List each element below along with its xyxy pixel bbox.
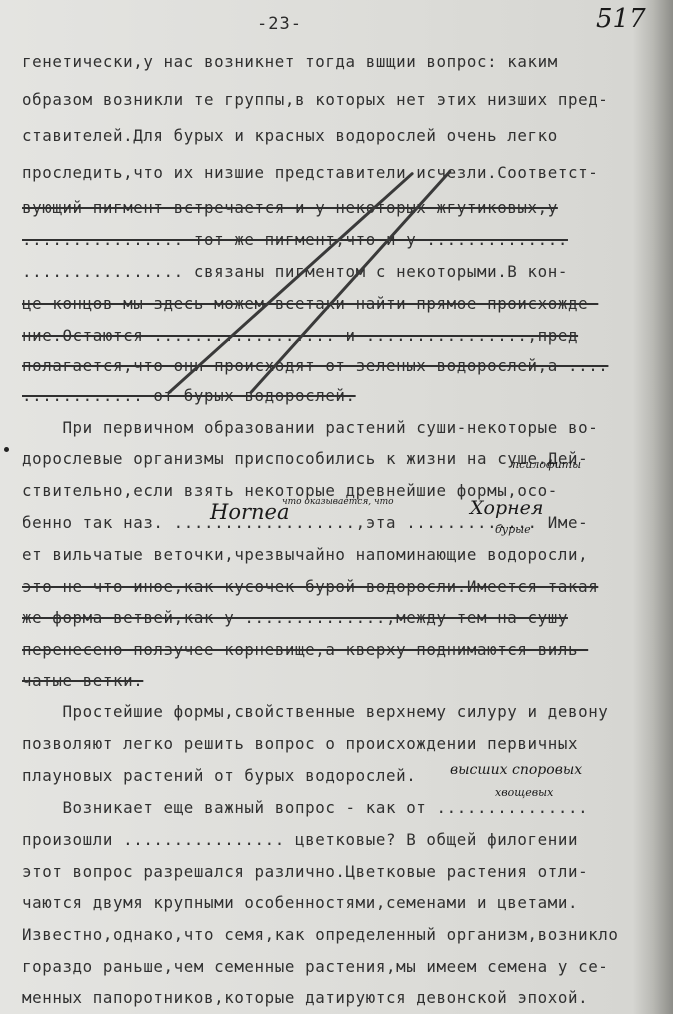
text-line: Возникает еще важный вопрос - как от ...… bbox=[22, 798, 588, 817]
text-line: генетически,у нас возникнет тогда вшщии … bbox=[22, 52, 558, 71]
text-line: дорослевые организмы приспособились к жи… bbox=[22, 449, 588, 468]
text-line: этот вопрос разрешался различно.Цветковы… bbox=[22, 862, 588, 881]
text-line: ет вильчатые веточки,чрезвычайно напомин… bbox=[22, 545, 588, 564]
text-line: це концов мы здесь можем всетаки найти п… bbox=[22, 294, 598, 313]
handwritten-note: псилофиты bbox=[512, 458, 581, 471]
text-line: гораздо раньше,чем семенные растения,мы … bbox=[22, 957, 608, 976]
handwritten-note: Hornea bbox=[210, 500, 289, 524]
text-line: менных папоротников,которые датируются д… bbox=[22, 988, 588, 1007]
text-line: Известно,однако,что семя,как определенны… bbox=[22, 925, 619, 944]
margin-mark bbox=[4, 447, 9, 452]
text-line: это не что иное,как кусочек бурой водоро… bbox=[22, 577, 598, 596]
handwritten-note: высших споровых bbox=[450, 762, 582, 778]
handwritten-note: бурые bbox=[495, 523, 531, 536]
text-line: же форма ветвей,как у ..............,меж… bbox=[22, 608, 568, 627]
text-line: плауновых растений от бурых водорослей. bbox=[22, 766, 416, 785]
text-line: перенесено ползучее корневище,а кверху п… bbox=[22, 640, 588, 659]
handwritten-note: хвощевых bbox=[495, 786, 553, 799]
text-line: ................ тот же пигмент,что и у … bbox=[22, 230, 568, 249]
text-line: При первичном образовании растений суши-… bbox=[22, 418, 598, 437]
text-line: Простейшие формы,свойственные верхнему с… bbox=[22, 702, 608, 721]
text-line: полагается,что они происходят от зеленых… bbox=[22, 356, 608, 375]
archive-number: 517 bbox=[596, 4, 646, 34]
handwritten-note: что оказывается, что bbox=[282, 497, 394, 507]
text-line: чаются двумя крупными особенностями,семе… bbox=[22, 893, 578, 912]
document-page: -23- 517 генетически,у нас возникнет тог… bbox=[0, 0, 673, 1014]
page-number: -23- bbox=[257, 14, 302, 34]
text-line: проследить,что их низшие представители и… bbox=[22, 163, 598, 182]
text-line: ставителей.Для бурых и красных водоросле… bbox=[22, 126, 558, 145]
handwritten-note: Хорнея bbox=[470, 497, 543, 519]
text-line: позволяют легко решить вопрос о происхож… bbox=[22, 734, 578, 753]
text-line: ............ от бурых водорослей. bbox=[22, 386, 356, 405]
text-line: чатые ветки. bbox=[22, 671, 143, 690]
text-line: вующий пигмент встречается и у некоторых… bbox=[22, 198, 558, 217]
text-line: образом возникли те группы,в которых нет… bbox=[22, 90, 608, 109]
text-line: произошли ................ цветковые? В … bbox=[22, 830, 578, 849]
